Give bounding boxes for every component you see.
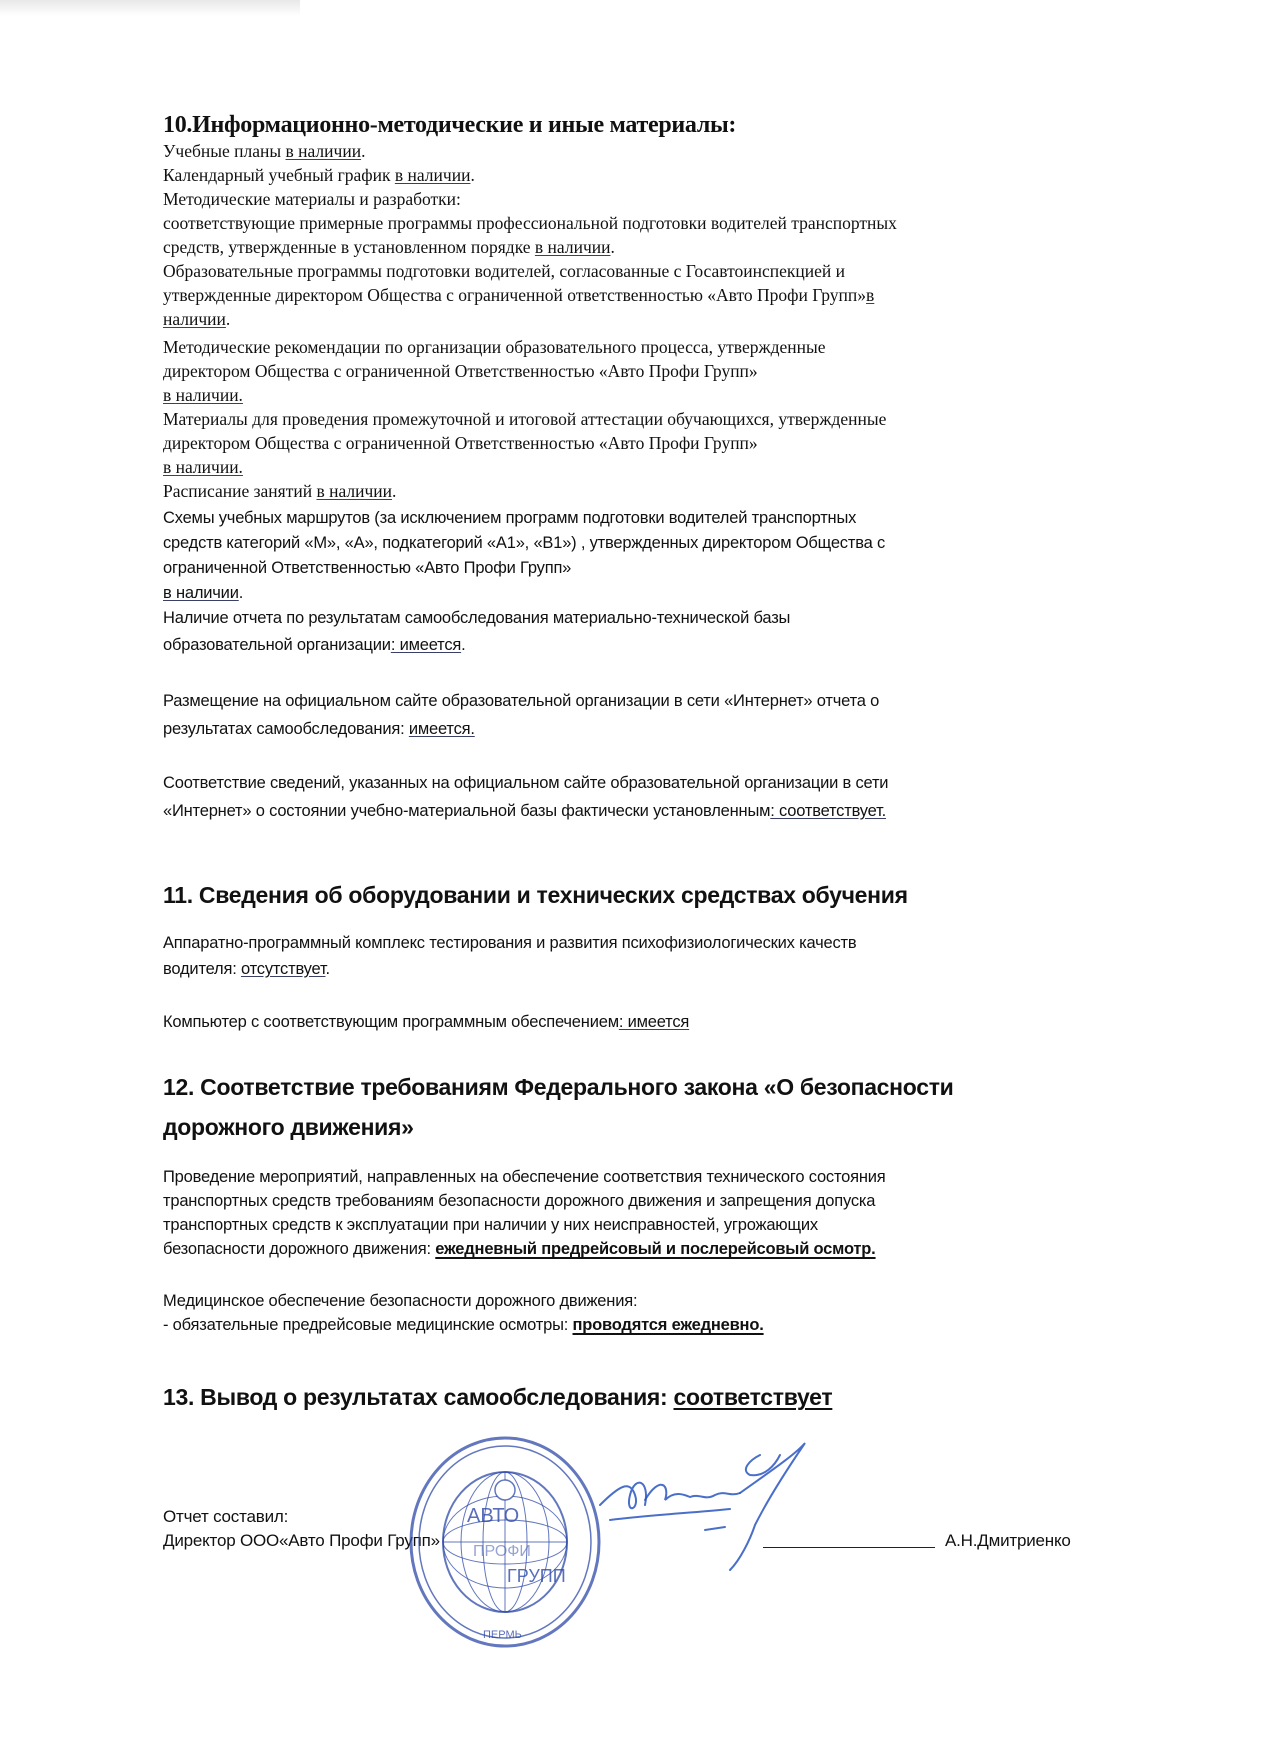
document-line: в наличии. [163, 384, 243, 406]
line-text: транспортных средств к эксплуатации при … [163, 1216, 818, 1234]
document-line: в наличии. [163, 456, 243, 478]
line-text: Соответствие сведений, указанных на офиц… [163, 774, 888, 792]
line-text: транспортных средств требованиям безопас… [163, 1192, 875, 1210]
status-value: в наличии [286, 141, 362, 161]
status-value: : имеется [391, 636, 461, 654]
document-line: Образовательные программы подготовки вод… [163, 260, 845, 282]
document-line: Календарный учебный график в наличии. [163, 164, 475, 186]
scan-edge-shadow [0, 0, 300, 16]
document-line: Медицинское обеспечение безопасности дор… [163, 1290, 637, 1312]
director-name: А.Н.Дмитриенко [945, 1530, 1071, 1552]
company-stamp-icon: АВТО ПРОФИ ГРУПП ПЕРМЬ [405, 1432, 605, 1652]
document-line: Материалы для проведения промежуточной и… [163, 408, 886, 430]
section-13-label: 13. Вывод о результатах самообследования… [163, 1384, 673, 1410]
line-text: Проведение мероприятий, направленных на … [163, 1168, 886, 1186]
document-line: водителя: отсутствует. [163, 958, 330, 980]
line-text: Материалы для проведения промежуточной и… [163, 409, 886, 429]
line-text: - обязательные предрейсовые медицинские … [163, 1316, 573, 1334]
section-12-heading-line2: дорожного движения» [163, 1112, 414, 1142]
line-punctuation: . [239, 584, 243, 602]
document-line: «Интернет» о состоянии учебно-материальн… [163, 800, 886, 822]
line-text: средств категорий «М», «А», подкатегорий… [163, 534, 885, 552]
line-punctuation: . [361, 141, 365, 161]
status-value: в наличии [395, 165, 471, 185]
line-text: Расписание занятий [163, 481, 316, 501]
line-text: директором Общества с ограниченной Ответ… [163, 361, 758, 381]
line-text: Схемы учебных маршрутов (за исключением … [163, 509, 856, 527]
document-line: Методические рекомендации по организации… [163, 336, 826, 358]
line-text: Образовательные программы подготовки вод… [163, 261, 845, 281]
document-line: директором Общества с ограниченной Ответ… [163, 432, 758, 454]
svg-text:ГРУПП: ГРУПП [507, 1566, 566, 1586]
document-line: транспортных средств требованиям безопас… [163, 1190, 875, 1212]
section-11-heading: 11. Сведения об оборудовании и техническ… [163, 880, 908, 910]
document-line: образовательной организации: имеется. [163, 634, 466, 656]
line-text: Размещение на официальном сайте образова… [163, 692, 879, 710]
status-value: в наличии. [163, 457, 243, 477]
document-line: соответствующие примерные программы проф… [163, 212, 897, 234]
line-text: результатах самообследования: [163, 720, 409, 738]
document-line: Соответствие сведений, указанных на офиц… [163, 772, 888, 794]
document-line: Компьютер с соответствующим программным … [163, 1011, 689, 1033]
line-text: образовательной организации [163, 636, 391, 654]
document-line: Наличие отчета по результатам самообслед… [163, 607, 790, 629]
compiled-by-label: Отчет составил: [163, 1506, 288, 1528]
status-value: в наличии. [163, 385, 243, 405]
document-line: средств, утвержденные в установленном по… [163, 236, 615, 258]
svg-text:ПЕРМЬ: ПЕРМЬ [483, 1629, 522, 1641]
line-text: Методические рекомендации по организации… [163, 337, 826, 357]
line-punctuation: . [325, 960, 329, 978]
status-value: : имеется [619, 1013, 689, 1031]
line-text: Наличие отчета по результатам самообслед… [163, 609, 790, 627]
line-text: водителя: [163, 960, 241, 978]
document-line: Аппаратно-программный комплекс тестирова… [163, 932, 856, 954]
status-value: отсутствует [241, 960, 326, 978]
line-punctuation: . [610, 237, 614, 257]
line-text: Учебные планы [163, 141, 286, 161]
status-value-bold: ежедневный предрейсовый и послерейсовый … [435, 1240, 875, 1258]
handwritten-signature-icon [590, 1435, 820, 1575]
document-line: Методические материалы и разработки: [163, 188, 461, 210]
svg-text:ПРОФИ: ПРОФИ [473, 1543, 531, 1560]
section-12-heading-line1: 12. Соответствие требованиям Федеральног… [163, 1072, 954, 1102]
document-line: Расписание занятий в наличии. [163, 480, 396, 502]
line-text: Аппаратно-программный комплекс тестирова… [163, 934, 856, 952]
line-text: директором Общества с ограниченной Ответ… [163, 433, 758, 453]
status-value: в наличии [316, 481, 392, 501]
document-line: директором Общества с ограниченной Ответ… [163, 360, 758, 382]
svg-text:АВТО: АВТО [467, 1505, 519, 1527]
document-line: в наличии. [163, 582, 243, 604]
status-value: имеется. [409, 720, 475, 738]
line-text: Методические материалы и разработки: [163, 189, 461, 209]
document-line: Проведение мероприятий, направленных на … [163, 1166, 886, 1188]
document-line: средств категорий «М», «А», подкатегорий… [163, 532, 885, 554]
document-line: безопасности дорожного движения: ежеднев… [163, 1238, 876, 1260]
document-line: - обязательные предрейсовые медицинские … [163, 1314, 764, 1336]
status-value: в наличии [535, 237, 611, 257]
section-13-result: соответствует [673, 1384, 832, 1410]
status-value: в наличии [163, 584, 239, 602]
document-line: Размещение на официальном сайте образова… [163, 690, 879, 712]
document-line: Схемы учебных маршрутов (за исключением … [163, 507, 856, 529]
status-value-bold: проводятся ежедневно. [573, 1316, 764, 1334]
section-13-heading: 13. Вывод о результатах самообследования… [163, 1382, 832, 1412]
section-10-heading: 10.Информационно-методические и иные мат… [163, 110, 736, 140]
status-value: : соответствует. [770, 802, 886, 820]
line-text: средств, утвержденные в установленном по… [163, 237, 535, 257]
status-value: в [866, 285, 874, 305]
line-text: Календарный учебный график [163, 165, 395, 185]
line-punctuation: . [470, 165, 474, 185]
line-text: утвержденные директором Общества с огран… [163, 285, 866, 305]
document-line: Учебные планы в наличии. [163, 140, 365, 162]
line-text: соответствующие примерные программы проф… [163, 213, 897, 233]
line-punctuation: . [226, 309, 230, 329]
document-line: ограниченной Ответственностью «Авто Проф… [163, 557, 571, 579]
line-text: Компьютер с соответствующим программным … [163, 1013, 619, 1031]
line-text: Медицинское обеспечение безопасности дор… [163, 1292, 637, 1310]
director-position: Директор ООО«Авто Профи Групп» [163, 1530, 440, 1552]
document-line: результатах самообследования: имеется. [163, 718, 475, 740]
status-value: наличии [163, 309, 226, 329]
line-punctuation: . [461, 636, 465, 654]
document-line: транспортных средств к эксплуатации при … [163, 1214, 818, 1236]
line-text: «Интернет» о состоянии учебно-материальн… [163, 802, 770, 820]
line-text: ограниченной Ответственностью «Авто Проф… [163, 559, 571, 577]
line-text: безопасности дорожного движения: [163, 1240, 435, 1258]
document-line: утвержденные директором Общества с огран… [163, 284, 874, 306]
line-punctuation: . [392, 481, 396, 501]
document-line: наличии. [163, 308, 230, 330]
